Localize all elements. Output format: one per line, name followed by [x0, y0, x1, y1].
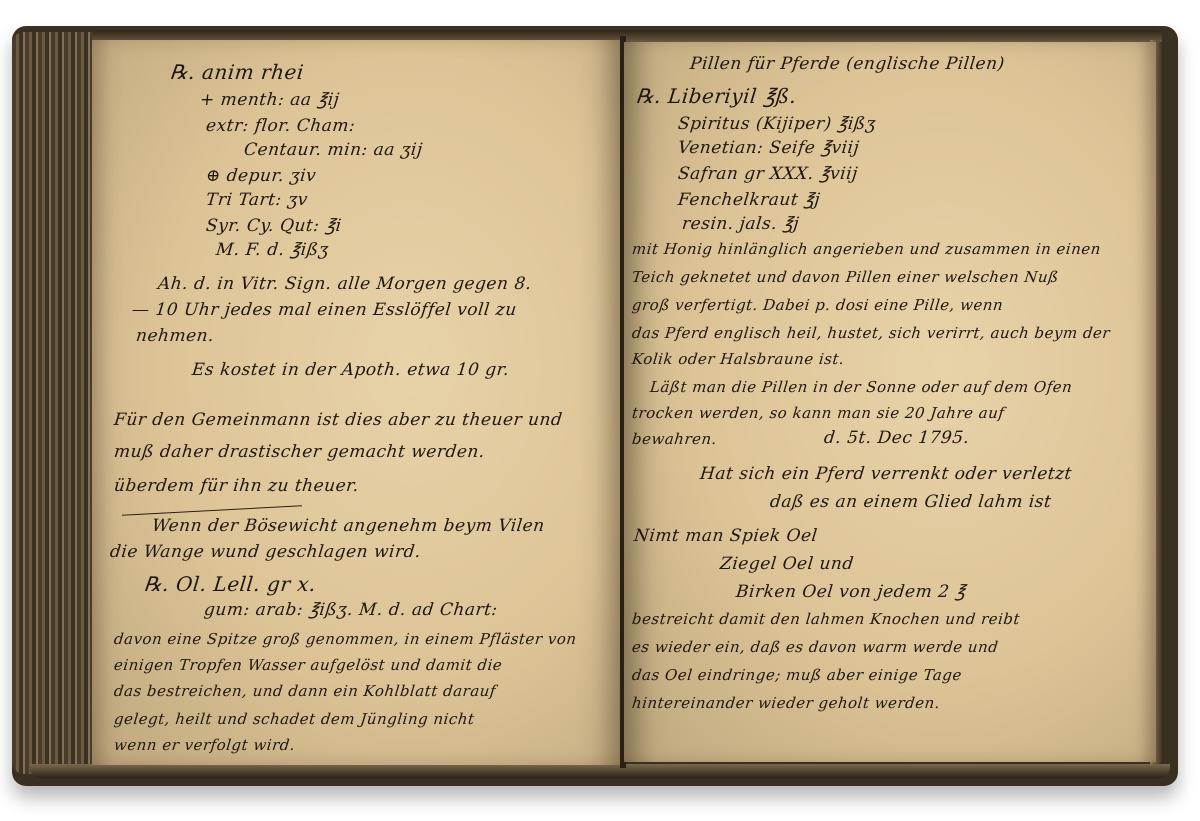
- text-line: das bestreichen, und dann ein Kohlblatt …: [113, 684, 497, 699]
- text-line: resin. jals. ℥j: [681, 216, 800, 233]
- text-line: ℞. Liberiyil ℥ß.: [635, 86, 798, 106]
- text-line: Birken Oel von jedem 2 ℥: [735, 584, 966, 601]
- text-line: Teich geknetet und davon Pillen einer we…: [631, 270, 1059, 285]
- text-line: gelegt, heilt und schadet dem Jüngling n…: [113, 712, 475, 727]
- text-line: Wenn der Bösewicht angenehm beym Vilen: [151, 518, 545, 535]
- text-line: es wieder ein, daß es davon warm werde u…: [631, 640, 999, 655]
- text-line: Tri Tart: ʒv: [205, 192, 309, 209]
- book-spine-left: [12, 32, 94, 774]
- text-line: ℞. anim rhei: [169, 62, 305, 82]
- text-line: nehmen.: [135, 328, 215, 345]
- page-heading: Pillen für Pferde (englische Pillen): [689, 56, 1005, 73]
- text-line: — 10 Uhr jedes mal einen Esslöffel voll …: [131, 302, 517, 319]
- text-line: ⊕ depur. ʒiv: [205, 168, 317, 185]
- text-line: Läßt man die Pillen in der Sonne oder au…: [649, 380, 1073, 395]
- text-line: Safran gr XXX. ℥viij: [677, 166, 859, 183]
- book-bottom-edge: [30, 764, 1170, 778]
- divider-rule: [122, 505, 302, 515]
- text-line: Ziegel Oel und: [719, 556, 855, 573]
- text-line: Es kostet in der Apoth. etwa 10 gr.: [191, 362, 510, 379]
- text-line: gum: arab: ℥ißʒ. M. d. ad Chart:: [203, 602, 498, 619]
- text-line: die Wange wund geschlagen wird.: [109, 544, 422, 561]
- text-line: einigen Tropfen Wasser aufgelöst und dam…: [113, 658, 503, 673]
- text-line: Fenchelkraut ℥j: [677, 192, 821, 209]
- text-line: M. F. d. ℥ißʒ: [215, 242, 329, 259]
- text-line: extr: flor. Cham:: [205, 118, 356, 135]
- text-line: das Oel eindringe; muß aber einige Tage: [631, 668, 962, 683]
- left-page: ℞. anim rhei + menth: aa ℥ij extr: flor.…: [92, 40, 622, 765]
- text-line: Kolik oder Halsbraune ist.: [631, 352, 845, 367]
- text-line: mit Honig hinlänglich angerieben und zus…: [631, 242, 1101, 257]
- text-line: bestreicht damit den lahmen Knochen und …: [631, 612, 1021, 627]
- text-line: Centaur. min: aa ʒij: [243, 142, 423, 159]
- text-line: Für den Gemeinmann ist dies aber zu theu…: [113, 412, 563, 429]
- text-line: Syr. Cy. Qut: ℥i: [205, 218, 342, 235]
- text-line: muß daher drastischer gemacht werden.: [113, 444, 486, 461]
- text-line: wenn er verfolgt wird.: [113, 738, 296, 753]
- text-line: Venetian: Seife ℥viij: [677, 140, 860, 157]
- text-line: bewahren.: [631, 432, 717, 447]
- text-line: + menth: aa ℥ij: [199, 92, 340, 109]
- text-line: trocken werden, so kann man sie 20 Jahre…: [631, 406, 1005, 421]
- text-line: überdem für ihn zu theuer.: [113, 478, 360, 495]
- text-line: Nimt man Spiek Oel: [633, 528, 818, 545]
- section-heading: daß es an einem Glied lahm ist: [769, 494, 1052, 511]
- section-heading: Hat sich ein Pferd verrenkt oder verletz…: [699, 466, 1073, 483]
- text-line: groß verfertigt. Dabei p. dosi eine Pill…: [631, 298, 1004, 313]
- text-line: Spiritus (Kijiper) ℥ißʒ: [677, 116, 877, 133]
- right-page: Pillen für Pferde (englische Pillen) ℞. …: [624, 42, 1156, 762]
- text-line: hintereinander wieder geholt werden.: [631, 696, 941, 711]
- text-line: das Pferd englisch heil, hustet, sich ve…: [631, 326, 1111, 341]
- text-line: Ah. d. in Vitr. Sign. alle Morgen gegen …: [157, 276, 532, 293]
- text-line: ℞. Ol. Lell. gr x.: [143, 574, 317, 594]
- date-line: d. 5t. Dec 1795.: [823, 430, 970, 447]
- text-line: davon eine Spitze groß genommen, in eine…: [113, 632, 577, 647]
